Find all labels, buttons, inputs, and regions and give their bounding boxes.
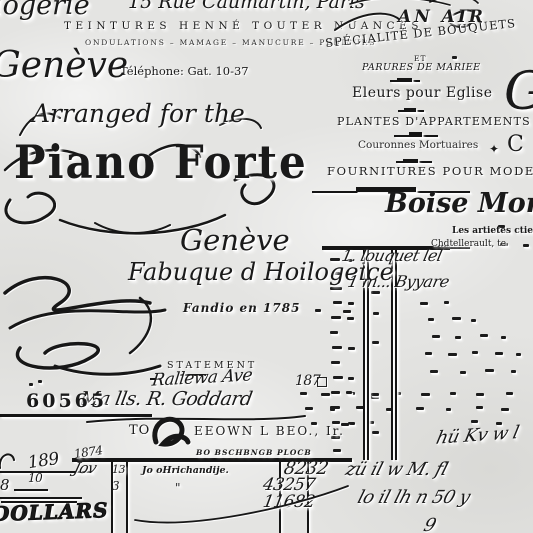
signature-flourish — [0, 258, 175, 378]
leader-dash — [446, 408, 451, 411]
statement-address: BO BSCHBNGB PLOCB — [196, 449, 312, 457]
leader-dash — [511, 370, 516, 373]
leader-dash — [460, 371, 466, 374]
statement-year-box — [317, 377, 327, 387]
florist-specialty2: PARURES DE MARIEE — [362, 63, 481, 73]
leader-dash — [300, 392, 307, 395]
leader-dash — [420, 302, 428, 305]
leader-dash — [421, 393, 430, 396]
leader-dash — [315, 309, 321, 312]
florist-item-fleurs: Eleurs pour Eglise — [352, 86, 492, 100]
leader-dash — [485, 369, 494, 372]
leader-dash — [330, 408, 335, 411]
edge-letter-g: G — [504, 66, 533, 118]
leader-dash — [343, 310, 351, 313]
ledger-entry-2: 1 m... Byyare — [346, 274, 450, 290]
leader-dash — [523, 244, 529, 247]
salon-phone: Téléphone: Gat. 10-37 — [120, 66, 249, 78]
leader-dash — [369, 421, 374, 424]
invoice-10: 10 — [28, 472, 42, 484]
salon-fragment-horlogerie: logerie — [0, 0, 90, 19]
leader-dash — [347, 317, 354, 320]
leader-dash — [305, 407, 313, 410]
leader-dash — [501, 336, 506, 339]
leader-dash — [371, 393, 379, 396]
rule-line — [403, 159, 418, 163]
leader-dash — [472, 351, 478, 354]
leader-dash — [471, 420, 478, 423]
florist-item-couronnes: Couronnes Mortuaires — [358, 140, 478, 151]
leader-dash — [331, 391, 340, 394]
leader-dash — [348, 302, 354, 305]
leader-dash — [428, 318, 434, 321]
leader-dash — [495, 352, 503, 355]
leader-dash — [448, 353, 457, 356]
leader-dash — [430, 370, 438, 373]
leader-dash — [516, 353, 521, 356]
leader-dash — [416, 407, 424, 410]
statement-number: 60565 — [26, 392, 107, 411]
leader-dash — [331, 316, 341, 319]
leader-dash — [506, 392, 513, 395]
leader-dash — [452, 317, 461, 320]
invoice-col-3: 3 — [112, 480, 119, 492]
leader-dash — [348, 377, 354, 380]
invoice-col-13: 13 — [112, 464, 125, 475]
cursive-row-2: zü il w M. fl — [343, 461, 449, 479]
ledger-entry-1: 1. louquet lel — [340, 248, 443, 264]
leader-dash — [455, 336, 461, 339]
leader-dash — [321, 393, 330, 396]
leader-dash — [371, 291, 380, 294]
leader-dash — [371, 396, 379, 399]
leader-dash — [331, 361, 340, 364]
leader-dash — [348, 347, 355, 350]
watch-founded: Fandio en 1785 — [183, 302, 300, 314]
leader-dash — [396, 392, 401, 395]
firm-initial-flourish — [148, 412, 193, 450]
rule-line — [397, 78, 412, 82]
rule-line — [409, 132, 422, 137]
rule-line — [404, 108, 416, 112]
leader-dash — [476, 393, 484, 396]
florist-item-plantes: PLANTES D'APPARTEMENTS — [337, 116, 531, 127]
leader-dash — [330, 287, 342, 290]
leader-dash — [372, 431, 379, 434]
invoice-dollars: DOLLARS — [0, 500, 109, 524]
leader-dash — [346, 391, 352, 394]
invoice-jov: Jov — [72, 461, 98, 476]
leader-dash — [425, 352, 432, 355]
salon-city-geneve: Genève — [0, 48, 128, 84]
invoice-8: 8 — [0, 478, 9, 493]
cursive-row-4: 9 — [421, 517, 437, 533]
leader-dash — [480, 334, 488, 337]
leader-dash — [452, 56, 457, 59]
leader-dash — [372, 341, 379, 344]
leader-dash — [450, 392, 456, 395]
leader-dash — [38, 380, 42, 383]
rule-line — [14, 489, 48, 491]
rule-line — [126, 462, 128, 533]
leader-dash — [373, 312, 379, 315]
leader-dash — [476, 406, 483, 409]
funeral-line1: Les artietes ctie — [452, 227, 533, 236]
cursive-row-1: hü Kv w l — [434, 424, 520, 448]
edge-letter-c: C — [507, 134, 524, 156]
pianoforte-title: Piano Forte — [14, 140, 308, 185]
leader-dash — [333, 301, 342, 304]
leader-dash — [29, 383, 33, 386]
watch-city: Genève — [180, 226, 290, 255]
florist-item-fournitures: FOURNITURES POUR MODES — [327, 166, 533, 178]
leader-dash — [432, 335, 440, 338]
cursive-row-3: lo il lh n 50 y — [355, 489, 471, 507]
leader-dash — [333, 376, 343, 379]
leader-dash — [348, 422, 355, 425]
leader-dash — [333, 449, 341, 452]
tally-curve-flourish — [130, 478, 355, 528]
arranged-for-the: Arranged for the — [32, 101, 245, 126]
left-edge-bracket — [0, 448, 18, 472]
leader-dash — [330, 331, 338, 334]
funeral-script-name: Boise Mont — [385, 190, 533, 217]
statement-date-line: Rallewa Ave — [151, 367, 253, 389]
leader-dash — [501, 408, 509, 411]
invoice-merchandise: Jo oHrichandije. — [142, 466, 229, 476]
leader-dash — [332, 346, 342, 349]
statement-firm: EEOWN L BEO., Ir. — [194, 425, 345, 437]
statement-small-year: 1874 — [73, 444, 103, 460]
star-ornament-icon: ✦ — [489, 143, 499, 155]
leader-dash — [471, 319, 476, 322]
invoice-189: 189 — [27, 451, 60, 472]
leader-dash — [444, 301, 449, 304]
ephemera-pattern: logerie 15 Rue Caumartin, Paris TEINTURE… — [0, 0, 533, 533]
